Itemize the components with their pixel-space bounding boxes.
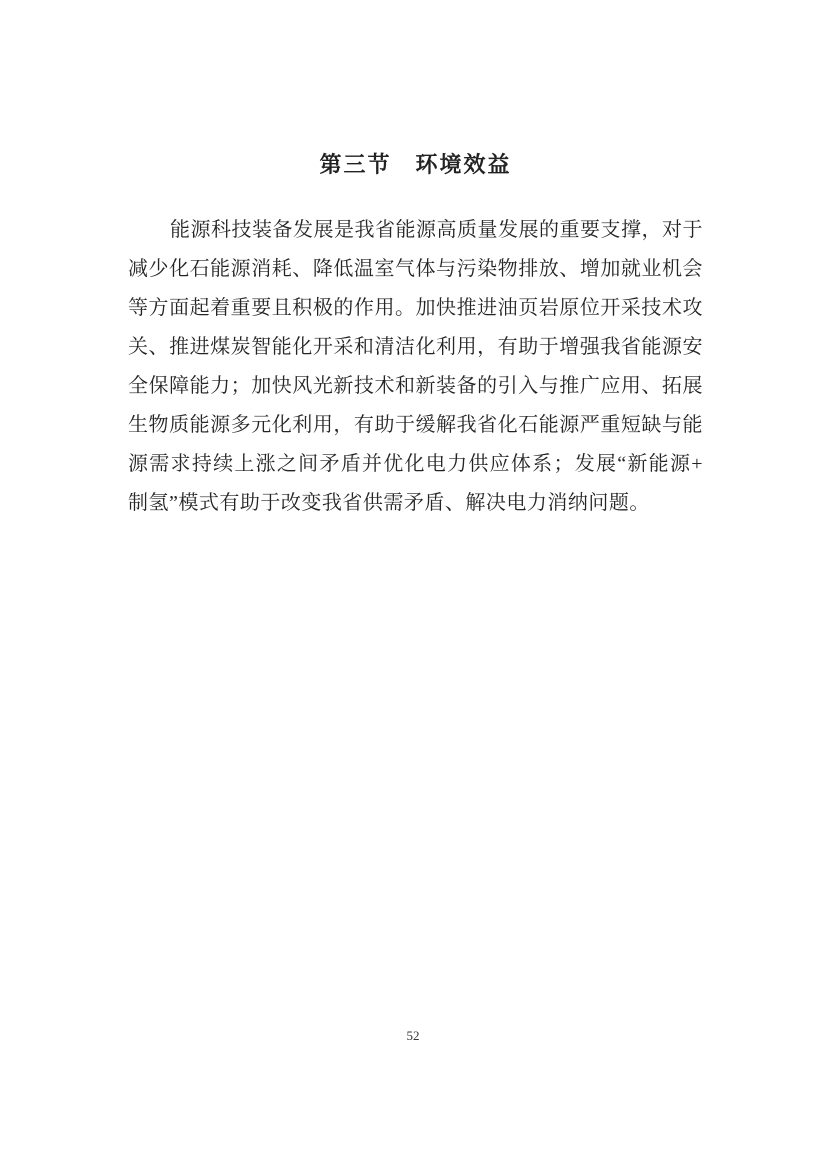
paragraph-line: 能源科技装备发展是我省能源高质量发展的重要支撑，对于: [128, 211, 703, 250]
paragraph-line: 生物质能源多元化利用，有助于缓解我省化石能源严重短缺与能: [128, 406, 703, 445]
paragraph-line: 等方面起着重要且积极的作用。加快推进油页岩原位开采技术攻: [128, 289, 703, 328]
section-title: 第三节 环境效益: [128, 148, 703, 179]
paragraph-line: 制氢”模式有助于改变我省供需矛盾、解决电力消纳问题。: [128, 484, 703, 523]
paragraph-line: 源需求持续上涨之间矛盾并优化电力供应体系；发展“新能源+: [128, 445, 703, 484]
document-page: 第三节 环境效益 能源科技装备发展是我省能源高质量发展的重要支撑，对于 减少化石…: [0, 0, 826, 1169]
body-paragraph: 能源科技装备发展是我省能源高质量发展的重要支撑，对于 减少化石能源消耗、降低温室…: [128, 211, 703, 523]
paragraph-line: 全保障能力；加快风光新技术和新装备的引入与推广应用、拓展: [128, 367, 703, 406]
page-number: 52: [0, 1028, 826, 1044]
paragraph-line: 关、推进煤炭智能化开采和清洁化利用，有助于增强我省能源安: [128, 328, 703, 367]
paragraph-line: 减少化石能源消耗、降低温室气体与污染物排放、增加就业机会: [128, 250, 703, 289]
